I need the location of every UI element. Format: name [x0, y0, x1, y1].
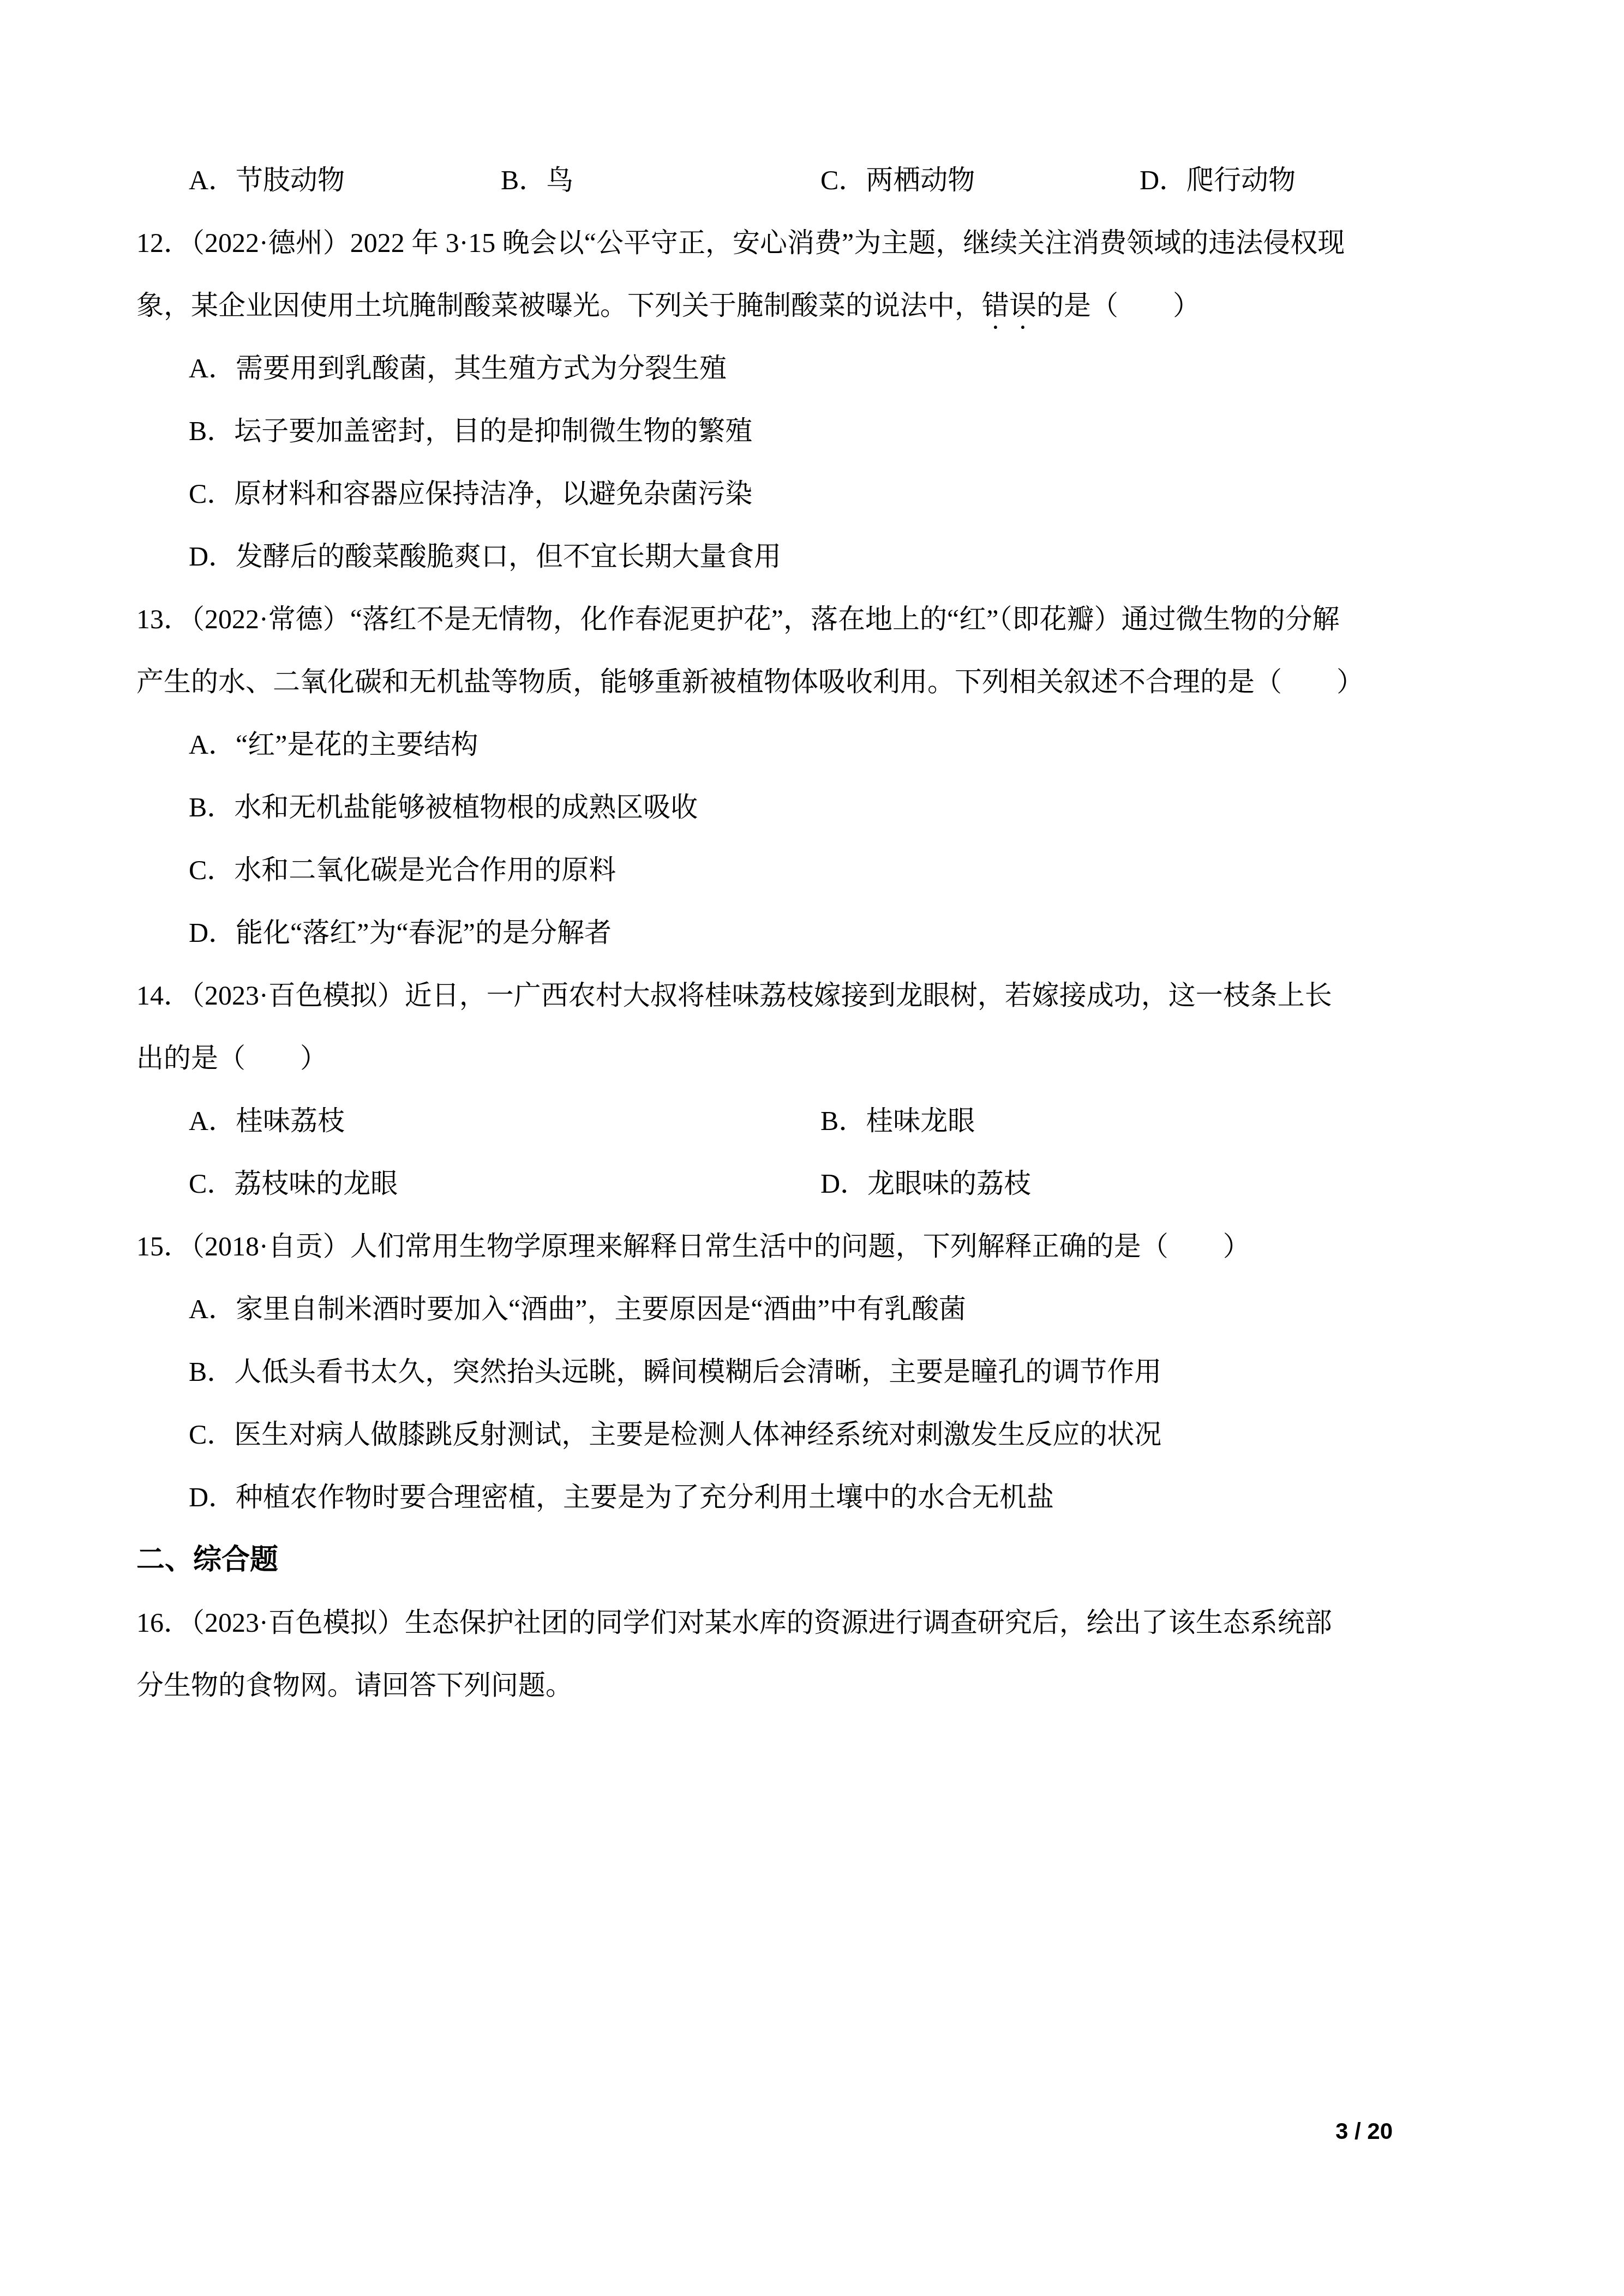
q12-option-b: B．坛子要加盖密封，目的是抑制微生物的繁殖 [136, 400, 1489, 462]
section-2-header: 二、综合题 [136, 1529, 1489, 1591]
document-body: A．节肢动物 B．鸟 C．两栖动物 D．爬行动物 12．（2022·德州）202… [0, 0, 1624, 1717]
q11-option-c: C．两栖动物 [820, 149, 975, 212]
q15-option-d: D．种植农作物时要合理密植，主要是为了充分利用土壤中的水合无机盐 [136, 1466, 1489, 1529]
q14-options-row-1: A．桂味荔枝 B．桂味龙眼 [136, 1090, 1489, 1152]
q12-stem-line-2: 象，某企业因使用土坑腌制酸菜被曝光。下列关于腌制酸菜的说法中，错误的是（ ） [136, 274, 1489, 337]
q13-option-a: A．“红”是花的主要结构 [136, 713, 1489, 776]
q11-options-row: A．节肢动物 B．鸟 C．两栖动物 D．爬行动物 [136, 149, 1489, 212]
q14-stem-line-1: 14．（2023·百色模拟）近日，一广西农村大叔将桂味荔枝嫁接到龙眼树，若嫁接成… [136, 964, 1489, 1027]
q15-option-b: B．人低头看书太久，突然抬头远眺，瞬间模糊后会清晰，主要是瞳孔的调节作用 [136, 1341, 1489, 1403]
q11-option-a: A．节肢动物 [189, 149, 345, 212]
q12-option-a: A．需要用到乳酸菌，其生殖方式为分裂生殖 [136, 337, 1489, 400]
q14-option-c: C．荔枝味的龙眼 [189, 1152, 398, 1215]
page-number: 3 / 20 [1335, 2115, 1393, 2148]
q12-stem-line-1: 12．（2022·德州）2022 年 3·15 晚会以“公平守正，安心消费”为主… [136, 212, 1489, 274]
q12-emphasized-word: 错误 [982, 290, 1036, 321]
q13-stem-line-2: 产生的水、二氧化碳和无机盐等物质，能够重新被植物体吸收利用。下列相关叙述不合理的… [136, 651, 1489, 713]
q11-option-b: B．鸟 [501, 149, 573, 212]
q12-stem-line-2-post: 的是（ ） [1036, 290, 1200, 321]
q16-stem-line-1: 16．（2023·百色模拟）生态保护社团的同学们对某水库的资源进行调查研究后，绘… [136, 1591, 1489, 1654]
q14-stem-line-2: 出的是（ ） [136, 1027, 1489, 1090]
q16-stem-line-2: 分生物的食物网。请回答下列问题。 [136, 1654, 1489, 1717]
q15-option-c: C．医生对病人做膝跳反射测试，主要是检测人体神经系统对刺激发生反应的状况 [136, 1403, 1489, 1466]
q12-option-d: D．发酵后的酸菜酸脆爽口，但不宜长期大量食用 [136, 525, 1489, 588]
q13-option-c: C．水和二氧化碳是光合作用的原料 [136, 839, 1489, 901]
q14-option-b: B．桂味龙眼 [820, 1090, 975, 1152]
q12-stem-line-2-pre: 象，某企业因使用土坑腌制酸菜被曝光。下列关于腌制酸菜的说法中， [136, 290, 982, 321]
q12-option-c: C．原材料和容器应保持洁净，以避免杂菌污染 [136, 462, 1489, 525]
q13-stem-line-1: 13．（2022·常德）“落红不是无情物，化作春泥更护花”，落在地上的“红”（即… [136, 588, 1489, 651]
q14-option-d: D．龙眼味的荔枝 [820, 1152, 1031, 1215]
exam-page: { "document": { "q11_options": { "a": "A… [0, 0, 1624, 2296]
q11-option-d: D．爬行动物 [1140, 149, 1296, 212]
q13-option-b: B．水和无机盐能够被植物根的成熟区吸收 [136, 776, 1489, 839]
q13-option-d: D．能化“落红”为“春泥”的是分解者 [136, 901, 1489, 964]
q14-options-row-2: C．荔枝味的龙眼 D．龙眼味的荔枝 [136, 1152, 1489, 1215]
q15-stem-line-1: 15．（2018·自贡）人们常用生物学原理来解释日常生活中的问题，下列解释正确的… [136, 1215, 1489, 1278]
q14-option-a: A．桂味荔枝 [189, 1090, 345, 1152]
q15-option-a: A．家里自制米酒时要加入“酒曲”，主要原因是“酒曲”中有乳酸菌 [136, 1278, 1489, 1341]
